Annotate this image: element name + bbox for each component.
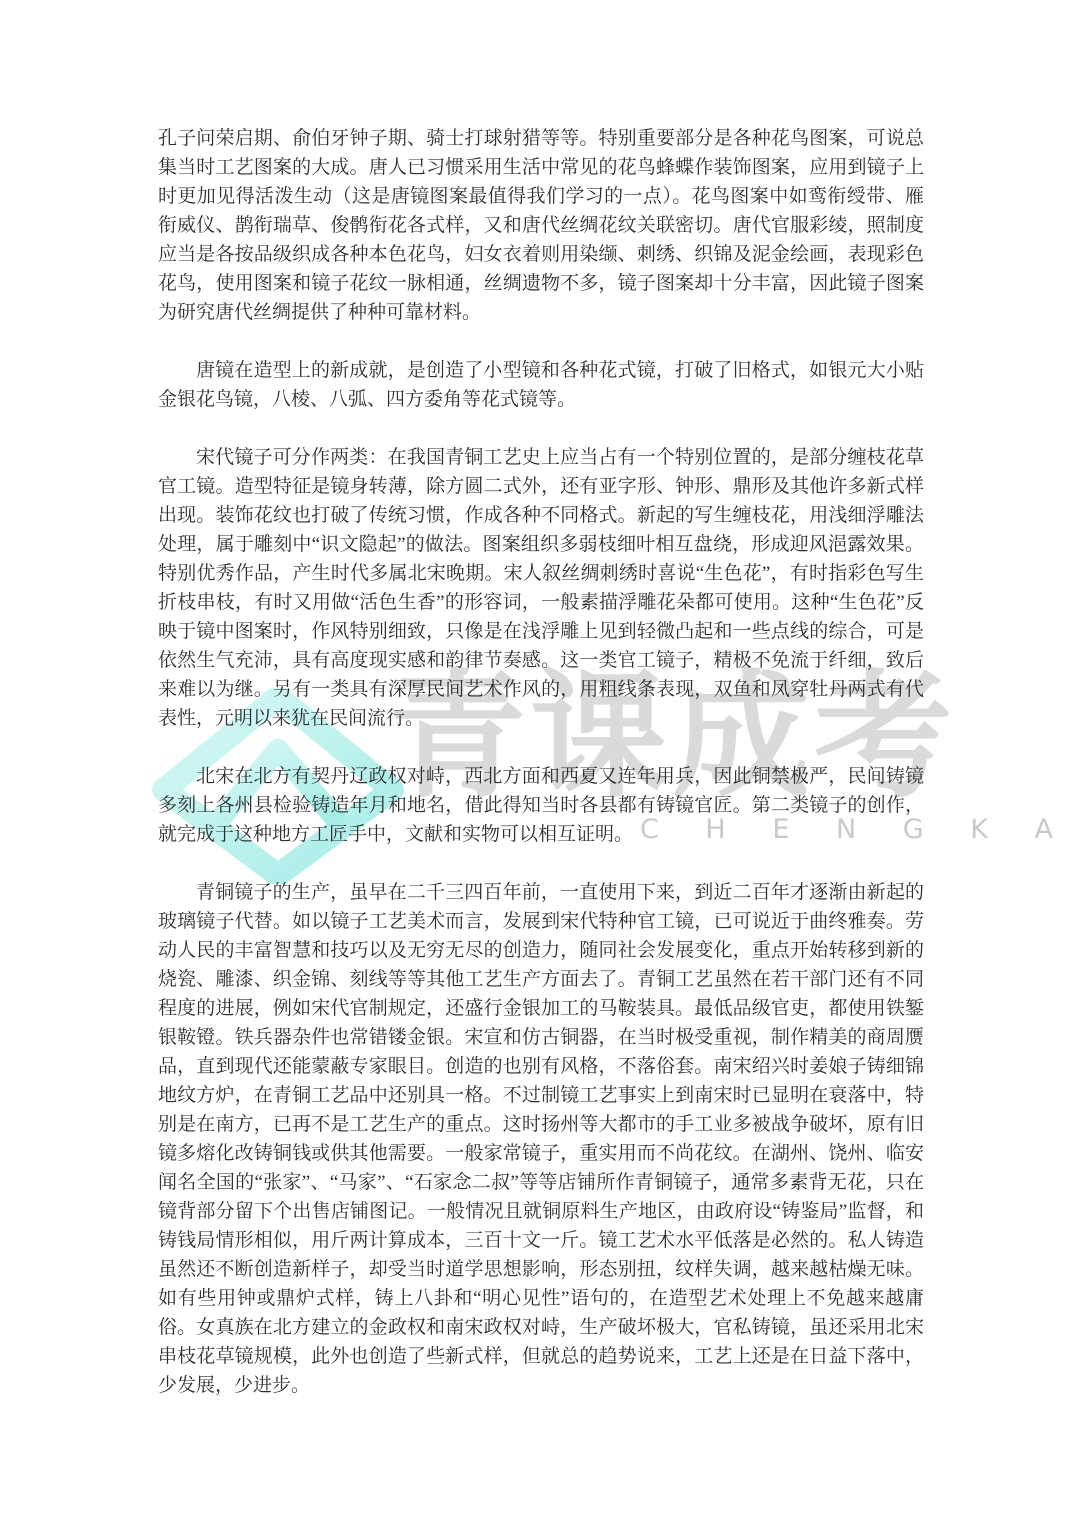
- document-body: 孔子问荣启期、俞伯牙钟子期、骑士打球射猎等等。特别重要部分是各种花鸟图案，可说总…: [158, 124, 924, 1429]
- paragraph-northern-song-casting: 北宋在北方有契丹辽政权对峙，西北方面和西夏又连年用兵，因此铜禁极严，民间铸镜多刻…: [158, 762, 924, 849]
- document-page: 青课成考 C H E N G K A O 孔子问荣启期、俞伯牙钟子期、骑士打球射…: [0, 0, 1080, 1528]
- paragraph-song-mirror-two-types: 宋代镜子可分作两类：在我国青铜工艺史上应当占有一个特别位置的，是部分缠枝花草官工…: [158, 443, 924, 733]
- paragraph-tang-mirror-patterns: 孔子问荣启期、俞伯牙钟子期、骑士打球射猎等等。特别重要部分是各种花鸟图案，可说总…: [158, 124, 924, 327]
- paragraph-tang-mirror-shapes: 唐镜在造型上的新成就，是创造了小型镜和各种花式镜，打破了旧格式，如银元大小贴金银…: [158, 356, 924, 414]
- paragraph-bronze-mirror-decline: 青铜镜子的生产，虽早在二千三四百年前，一直使用下来，到近二百年才逐渐由新起的玻璃…: [158, 878, 924, 1400]
